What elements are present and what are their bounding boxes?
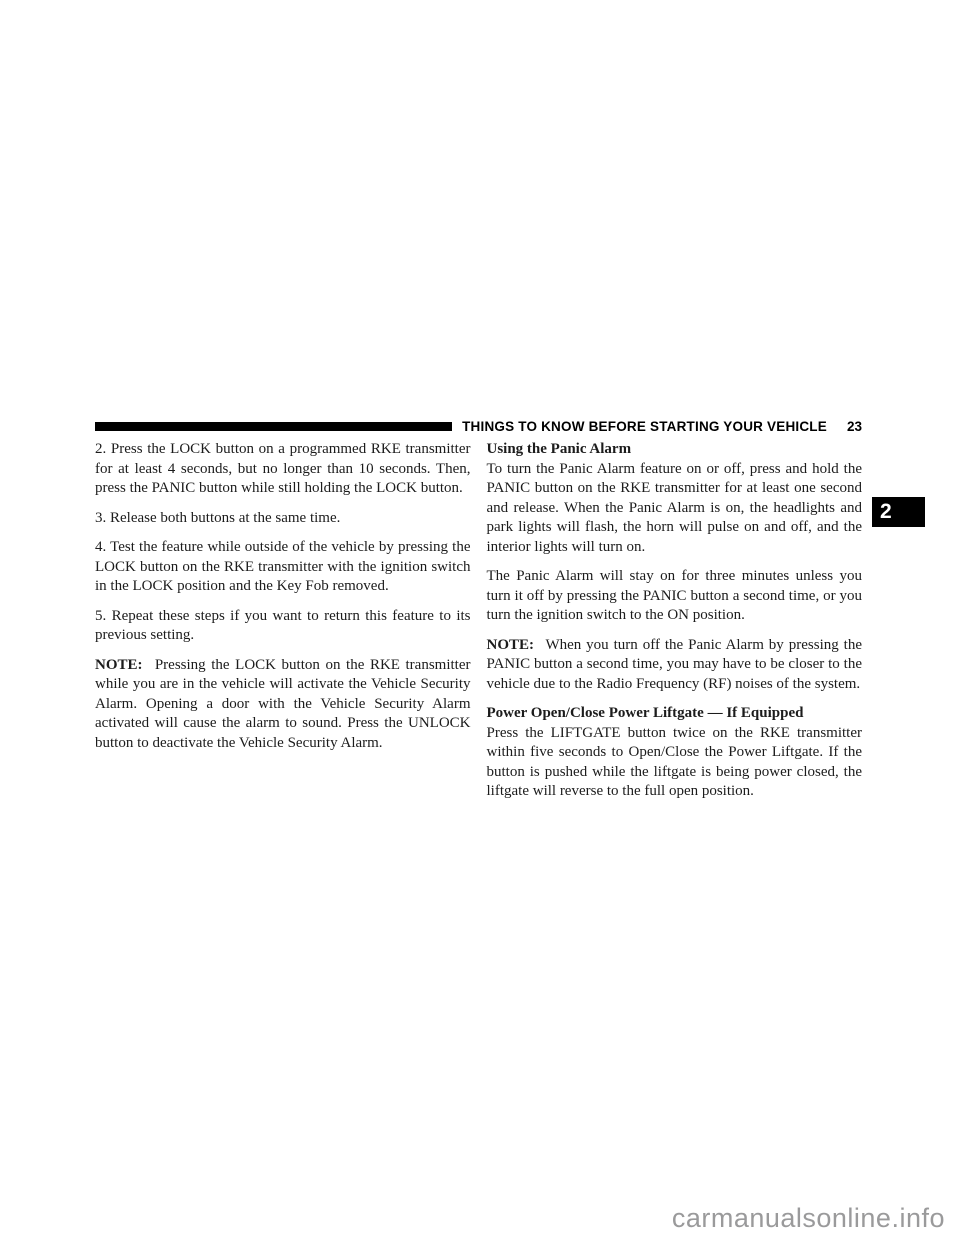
note-text: When you turn off the Panic Alarm by pre… xyxy=(487,637,863,692)
step-4-paragraph: 4. Test the feature while outside of the… xyxy=(95,538,471,597)
watermark-text: carmanualsonline.info xyxy=(672,1203,945,1234)
liftgate-heading: Power Open/Close Power Liftgate — If Equ… xyxy=(487,704,863,724)
panic-alarm-paragraph-1: To turn the Panic Alarm feature on or of… xyxy=(487,460,863,558)
page-number: 23 xyxy=(847,419,862,434)
step-5-paragraph: 5. Repeat these steps if you want to ret… xyxy=(95,607,471,646)
note-text: Pressing the LOCK button on the RKE tran… xyxy=(95,657,471,751)
right-column: Using the Panic Alarm To turn the Panic … xyxy=(487,440,863,812)
panic-alarm-note: NOTE: When you turn off the Panic Alarm … xyxy=(487,636,863,695)
note-label: NOTE: xyxy=(487,637,535,653)
step-3-paragraph: 3. Release both buttons at the same time… xyxy=(95,509,471,529)
security-alarm-note: NOTE: Pressing the LOCK button on the RK… xyxy=(95,656,471,754)
note-label: NOTE: xyxy=(95,657,143,673)
step-2-paragraph: 2. Press the LOCK button on a programmed… xyxy=(95,440,471,499)
page-header: THINGS TO KNOW BEFORE STARTING YOUR VEHI… xyxy=(95,417,862,435)
panic-alarm-heading: Using the Panic Alarm xyxy=(487,440,863,460)
header-rule xyxy=(95,422,452,431)
panic-alarm-paragraph-2: The Panic Alarm will stay on for three m… xyxy=(487,567,863,626)
section-tab-marker: 2 xyxy=(872,497,925,527)
left-column: 2. Press the LOCK button on a programmed… xyxy=(95,440,471,812)
manual-page: THINGS TO KNOW BEFORE STARTING YOUR VEHI… xyxy=(0,0,960,1242)
text-columns: 2. Press the LOCK button on a programmed… xyxy=(95,440,862,812)
liftgate-paragraph: Press the LIFTGATE button twice on the R… xyxy=(487,724,863,802)
chapter-title: THINGS TO KNOW BEFORE STARTING YOUR VEHI… xyxy=(462,419,827,434)
